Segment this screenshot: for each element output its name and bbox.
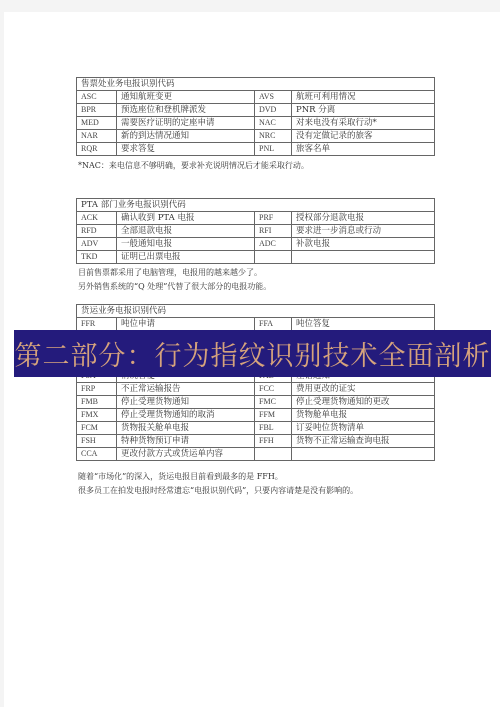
code-cell: FMC <box>255 396 292 409</box>
desc-cell <box>292 251 435 264</box>
desc-cell: PNR 分离 <box>292 104 435 117</box>
body-text: 目前售票都采用了电脑管理，电报用的越来越少了。 <box>78 267 262 279</box>
desc-cell: 授权部分退款电报 <box>292 212 435 225</box>
desc-cell: 确认收到 PTA 电报 <box>117 212 255 225</box>
desc-cell: 没有定做记录的旅客 <box>292 130 435 143</box>
code-cell: MED <box>77 117 117 130</box>
table-row: FRP 不正常运输报告 FCC 费用更改的证实 <box>77 383 435 396</box>
code-cell: RQR <box>77 143 117 156</box>
code-cell: FFA <box>255 318 292 331</box>
desc-cell: 旅客名单 <box>292 143 435 156</box>
code-cell: FSH <box>77 435 117 448</box>
code-cell <box>255 251 292 264</box>
desc-cell: 航班可利用情况 <box>292 91 435 104</box>
table-row: RQR 要求答复 PNL 旅客名单 <box>77 143 435 156</box>
table-row: ADV 一般通知电报 ADC 补款电报 <box>77 238 435 251</box>
desc-cell: 停止受理货物通知 <box>117 396 255 409</box>
table-row: FMB 停止受理货物通知 FMC 停止受理货物通知的更改 <box>77 396 435 409</box>
table-row: CCA 更改付款方式或货运单内容 <box>77 448 435 461</box>
code-cell: FFR <box>77 318 117 331</box>
section-banner: 第二部分：行为指纹识别技术全面剖析 <box>14 330 491 377</box>
desc-cell <box>292 448 435 461</box>
desc-cell: 订妥吨位货物清单 <box>292 422 435 435</box>
code-cell: RFI <box>255 225 292 238</box>
table-title: 货运业务电报识别代码 <box>77 305 435 318</box>
body-text: 很多员工在拍发电报时经常遗忘“电报识别代码”，只要内容请楚是没有影响的。 <box>78 485 358 497</box>
code-cell: ASC <box>77 91 117 104</box>
table-row: ACK 确认收到 PTA 电报 PRF 授权部分退款电报 <box>77 212 435 225</box>
code-cell: FCM <box>77 422 117 435</box>
table-title: PTA 部门业务电报识别代码 <box>77 199 435 212</box>
code-cell: FRP <box>77 383 117 396</box>
desc-cell: 不正常运输报告 <box>117 383 255 396</box>
code-cell: BPR <box>77 104 117 117</box>
code-cell: DVD <box>255 104 292 117</box>
table-row: FSH 特种货物预订申请 FFH 货物不正常运输查询电报 <box>77 435 435 448</box>
code-cell <box>255 448 292 461</box>
ticketing-codes-table: 售票处业务电报识别代码 ASC 通知航班变更 AVS 航班可利用情况 BPR 预… <box>76 77 435 156</box>
banner-title: 第二部分：行为指纹识别技术全面剖析 <box>15 334 491 373</box>
desc-cell: 吨位申请 <box>117 318 255 331</box>
code-cell: NRC <box>255 130 292 143</box>
table-title-row: 货运业务电报识别代码 <box>77 305 435 318</box>
desc-cell: 特种货物预订申请 <box>117 435 255 448</box>
code-cell: ADC <box>255 238 292 251</box>
code-cell: ADV <box>77 238 117 251</box>
table-title: 售票处业务电报识别代码 <box>77 78 435 91</box>
code-cell: FFH <box>255 435 292 448</box>
desc-cell: 货物舱单电报 <box>292 409 435 422</box>
table-row: FCM 货物报关舱单电报 FBL 订妥吨位货物清单 <box>77 422 435 435</box>
code-cell: CCA <box>77 448 117 461</box>
code-cell: FMX <box>77 409 117 422</box>
desc-cell: 一般通知电报 <box>117 238 255 251</box>
desc-cell: 新的到达情况通知 <box>117 130 255 143</box>
code-cell: FCC <box>255 383 292 396</box>
desc-cell: 货物报关舱单电报 <box>117 422 255 435</box>
table-row: NAR 新的到达情况通知 NRC 没有定做记录的旅客 <box>77 130 435 143</box>
desc-cell: 对来电没有采取行动* <box>292 117 435 130</box>
code-cell: FBL <box>255 422 292 435</box>
desc-cell: 预选座位和登机牌派发 <box>117 104 255 117</box>
table-title-row: 售票处业务电报识别代码 <box>77 78 435 91</box>
body-text: 随着“市场化”的深入，货运电报目前看到最多的是 FFH。 <box>78 471 283 483</box>
code-cell: AVS <box>255 91 292 104</box>
desc-cell: 要求答复 <box>117 143 255 156</box>
cargo-codes-table: 货运业务电报识别代码 FFR 吨位申请 FFA 吨位答复 FSA 情况答复 FA… <box>76 304 435 461</box>
code-cell: NAR <box>77 130 117 143</box>
desc-cell: 吨位答复 <box>292 318 435 331</box>
table-row: FMX 停止受理货物通知的取消 FFM 货物舱单电报 <box>77 409 435 422</box>
desc-cell: 证明已出票电报 <box>117 251 255 264</box>
desc-cell: 要求进一步消息或行动 <box>292 225 435 238</box>
code-cell: FMB <box>77 396 117 409</box>
table-row: ASC 通知航班变更 AVS 航班可利用情况 <box>77 91 435 104</box>
table-row: MED 需要医疗证明的定座申请 NAC 对来电没有采取行动* <box>77 117 435 130</box>
code-cell: NAC <box>255 117 292 130</box>
desc-cell: 停止受理货物通知的更改 <box>292 396 435 409</box>
table-row: TKD 证明已出票电报 <box>77 251 435 264</box>
table-row: BPR 预选座位和登机牌派发 DVD PNR 分离 <box>77 104 435 117</box>
code-cell: TKD <box>77 251 117 264</box>
desc-cell: 需要医疗证明的定座申请 <box>117 117 255 130</box>
code-cell: ACK <box>77 212 117 225</box>
table-row: FFR 吨位申请 FFA 吨位答复 <box>77 318 435 331</box>
desc-cell: 补款电报 <box>292 238 435 251</box>
table-row: RFD 全部退款电报 RFI 要求进一步消息或行动 <box>77 225 435 238</box>
code-cell: RFD <box>77 225 117 238</box>
desc-cell: 费用更改的证实 <box>292 383 435 396</box>
desc-cell: 更改付款方式或货运单内容 <box>117 448 255 461</box>
desc-cell: 全部退款电报 <box>117 225 255 238</box>
code-cell: PNL <box>255 143 292 156</box>
code-cell: FFM <box>255 409 292 422</box>
table-title-row: PTA 部门业务电报识别代码 <box>77 199 435 212</box>
body-text: 另外销售系统的“Q 处理”代替了很大部分的电报功能。 <box>78 281 271 293</box>
desc-cell: 停止受理货物通知的取消 <box>117 409 255 422</box>
pta-codes-table: PTA 部门业务电报识别代码 ACK 确认收到 PTA 电报 PRF 授权部分退… <box>76 198 435 264</box>
code-cell: PRF <box>255 212 292 225</box>
desc-cell: 货物不正常运输查询电报 <box>292 435 435 448</box>
desc-cell: 通知航班变更 <box>117 91 255 104</box>
footnote: *NAC：来电信息不够明确，要求补充说明情况后才能采取行动。 <box>78 160 309 172</box>
